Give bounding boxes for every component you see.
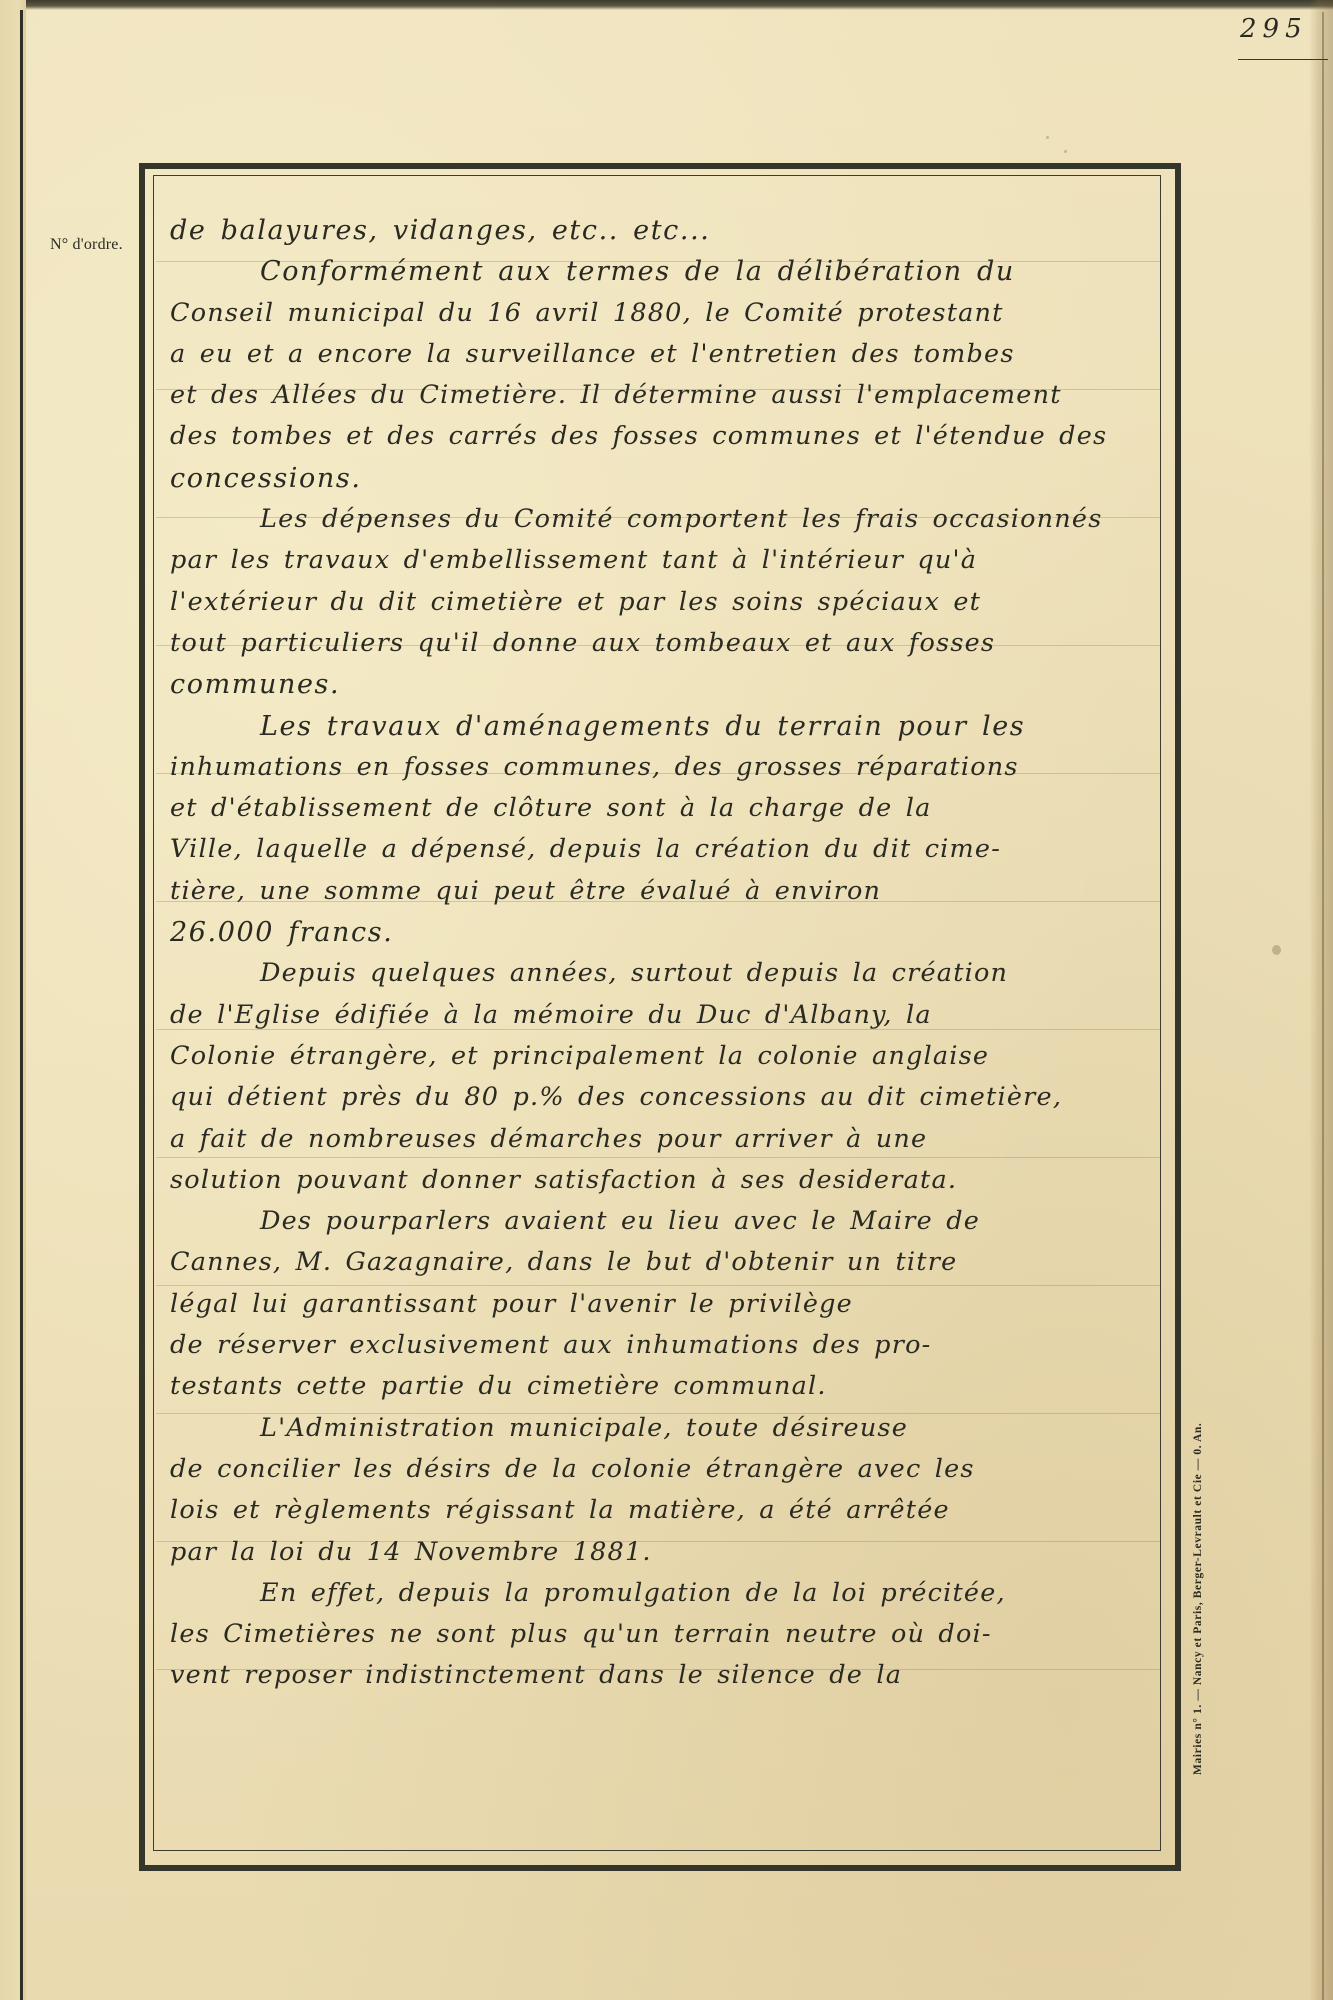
gutter-rule xyxy=(20,10,23,2000)
text-line: lois et règlements régissant la matière,… xyxy=(170,1490,1170,1531)
text-line: l'extérieur du dit cimetière et par les … xyxy=(170,582,1170,623)
text-line: et des Allées du Cimetière. Il détermine… xyxy=(170,375,1170,416)
text-line: concessions. xyxy=(170,458,1170,499)
text-line: des tombes et des carrés des fosses comm… xyxy=(170,416,1170,457)
text-line: qui détient près du 80 p.% des concessio… xyxy=(170,1077,1170,1118)
text-line: légal lui garantissant pour l'avenir le … xyxy=(170,1284,1170,1325)
text-line: Les travaux d'aménagements du terrain po… xyxy=(170,706,1170,747)
order-number-label: N° d'ordre. xyxy=(50,236,123,254)
text-line: par les travaux d'embellissement tant à … xyxy=(170,540,1170,581)
text-line: communes. xyxy=(170,664,1170,705)
text-line: de l'Eglise édifiée à la mémoire du Duc … xyxy=(170,995,1170,1036)
text-line: tout particuliers qu'il donne aux tombea… xyxy=(170,623,1170,664)
text-line: de réserver exclusivement aux inhumation… xyxy=(170,1325,1170,1366)
text-line: les Cimetières ne sont plus qu'un terrai… xyxy=(170,1614,1170,1655)
text-line: Conseil municipal du 16 avril 1880, le C… xyxy=(170,293,1170,334)
text-line: vent reposer indistinctement dans le sil… xyxy=(170,1655,1170,1696)
text-line: Depuis quelques années, surtout depuis l… xyxy=(170,953,1170,994)
page-number-underline xyxy=(1238,59,1328,60)
page-top-edge xyxy=(0,0,1333,10)
text-line: de balayures, vidanges, etc.. etc... xyxy=(170,210,1170,251)
page-right-edge-line xyxy=(1322,12,1324,2000)
text-line: Cannes, M. Gazagnaire, dans le but d'obt… xyxy=(170,1242,1170,1283)
text-line: inhumations en fosses communes, des gros… xyxy=(170,747,1170,788)
text-line: a fait de nombreuses démarches pour arri… xyxy=(170,1119,1170,1160)
text-line: L'Administration municipale, toute désir… xyxy=(170,1408,1170,1449)
paper-stain xyxy=(1046,136,1049,139)
text-line: Les dépenses du Comité comportent les fr… xyxy=(170,499,1170,540)
text-line: et d'établissement de clôture sont à la … xyxy=(170,788,1170,829)
page-right-edge xyxy=(1309,0,1333,2000)
page-number: 295 xyxy=(1240,14,1308,44)
text-line: Ville, laquelle a dépensé, depuis la cré… xyxy=(170,829,1170,870)
paper-stain xyxy=(1272,945,1281,955)
text-line: tière, une somme qui peut être évalué à … xyxy=(170,871,1170,912)
text-line: 26.000 francs. xyxy=(170,912,1170,953)
text-line: Des pourparlers avaient eu lieu avec le … xyxy=(170,1201,1170,1242)
text-line: solution pouvant donner satisfaction à s… xyxy=(170,1160,1170,1201)
printer-imprint: Mairies n° 1. — Nancy et Paris, Berger-L… xyxy=(1192,1423,1204,1775)
text-line: testants cette partie du cimetière commu… xyxy=(170,1366,1170,1407)
paper-stain xyxy=(1064,150,1067,153)
text-line: de concilier les désirs de la colonie ét… xyxy=(170,1449,1170,1490)
text-line: a eu et a encore la surveillance et l'en… xyxy=(170,334,1170,375)
text-line: Conformément aux termes de la délibérati… xyxy=(170,251,1170,292)
handwritten-text-block: de balayures, vidanges, etc.. etc... Con… xyxy=(170,210,1170,1697)
text-line: Colonie étrangère, et principalement la … xyxy=(170,1036,1170,1077)
text-line: par la loi du 14 Novembre 1881. xyxy=(170,1532,1170,1573)
text-line: En effet, depuis la promulgation de la l… xyxy=(170,1573,1170,1614)
